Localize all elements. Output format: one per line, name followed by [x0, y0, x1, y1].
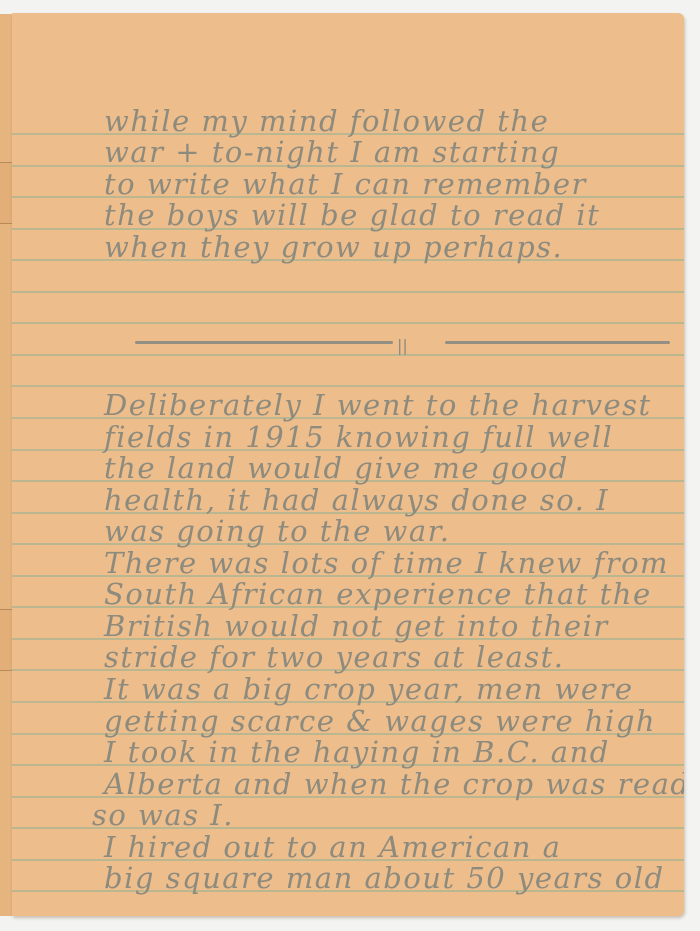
handwritten-line: while my mind followed the: [104, 105, 672, 137]
handwritten-line: was going to the war.: [104, 515, 672, 547]
handwritten-line: I took in the haying in B.C. and: [104, 736, 672, 768]
rule-line: [12, 291, 684, 293]
binding-notch: [0, 609, 12, 671]
handwritten-line: fields in 1915 knowing full well: [104, 421, 672, 453]
handwritten-line: when they grow up perhaps.: [104, 231, 672, 263]
handwritten-line: South African experience that the: [104, 578, 672, 610]
handwritten-line: to write what I can remember: [104, 168, 672, 200]
section-divider: ||: [135, 333, 680, 353]
handwritten-line: big square man about 50 years old: [104, 862, 672, 894]
handwritten-line: so was I.: [92, 799, 672, 831]
handwritten-line: Deliberately I went to the harvest: [104, 389, 672, 421]
rule-line: [12, 322, 684, 324]
rule-line: [12, 385, 684, 387]
notebook-page: while my mind followed the war + to-nigh…: [12, 13, 684, 916]
handwritten-line: the land would give me good: [104, 452, 672, 484]
binding-notch: [0, 162, 12, 224]
divider-stroke: [135, 341, 393, 344]
handwritten-line: health, it had always done so. I: [104, 484, 672, 516]
handwritten-line: There was lots of time I knew from: [104, 547, 672, 579]
handwritten-line: getting scarce & wages were high: [104, 705, 672, 737]
handwritten-line: Alberta and when the crop was ready: [104, 768, 672, 800]
divider-stroke: [445, 341, 670, 344]
handwritten-line: It was a big crop year, men were: [104, 673, 672, 705]
rule-line: [12, 354, 684, 356]
handwritten-line: I hired out to an American a: [104, 831, 672, 863]
handwritten-line: war + to-night I am starting: [104, 136, 672, 168]
handwritten-line: the boys will be glad to read it: [104, 199, 672, 231]
divider-mark: ||: [397, 336, 408, 355]
handwritten-line: stride for two years at least.: [104, 641, 672, 673]
handwritten-line: British would not get into their: [104, 610, 672, 642]
